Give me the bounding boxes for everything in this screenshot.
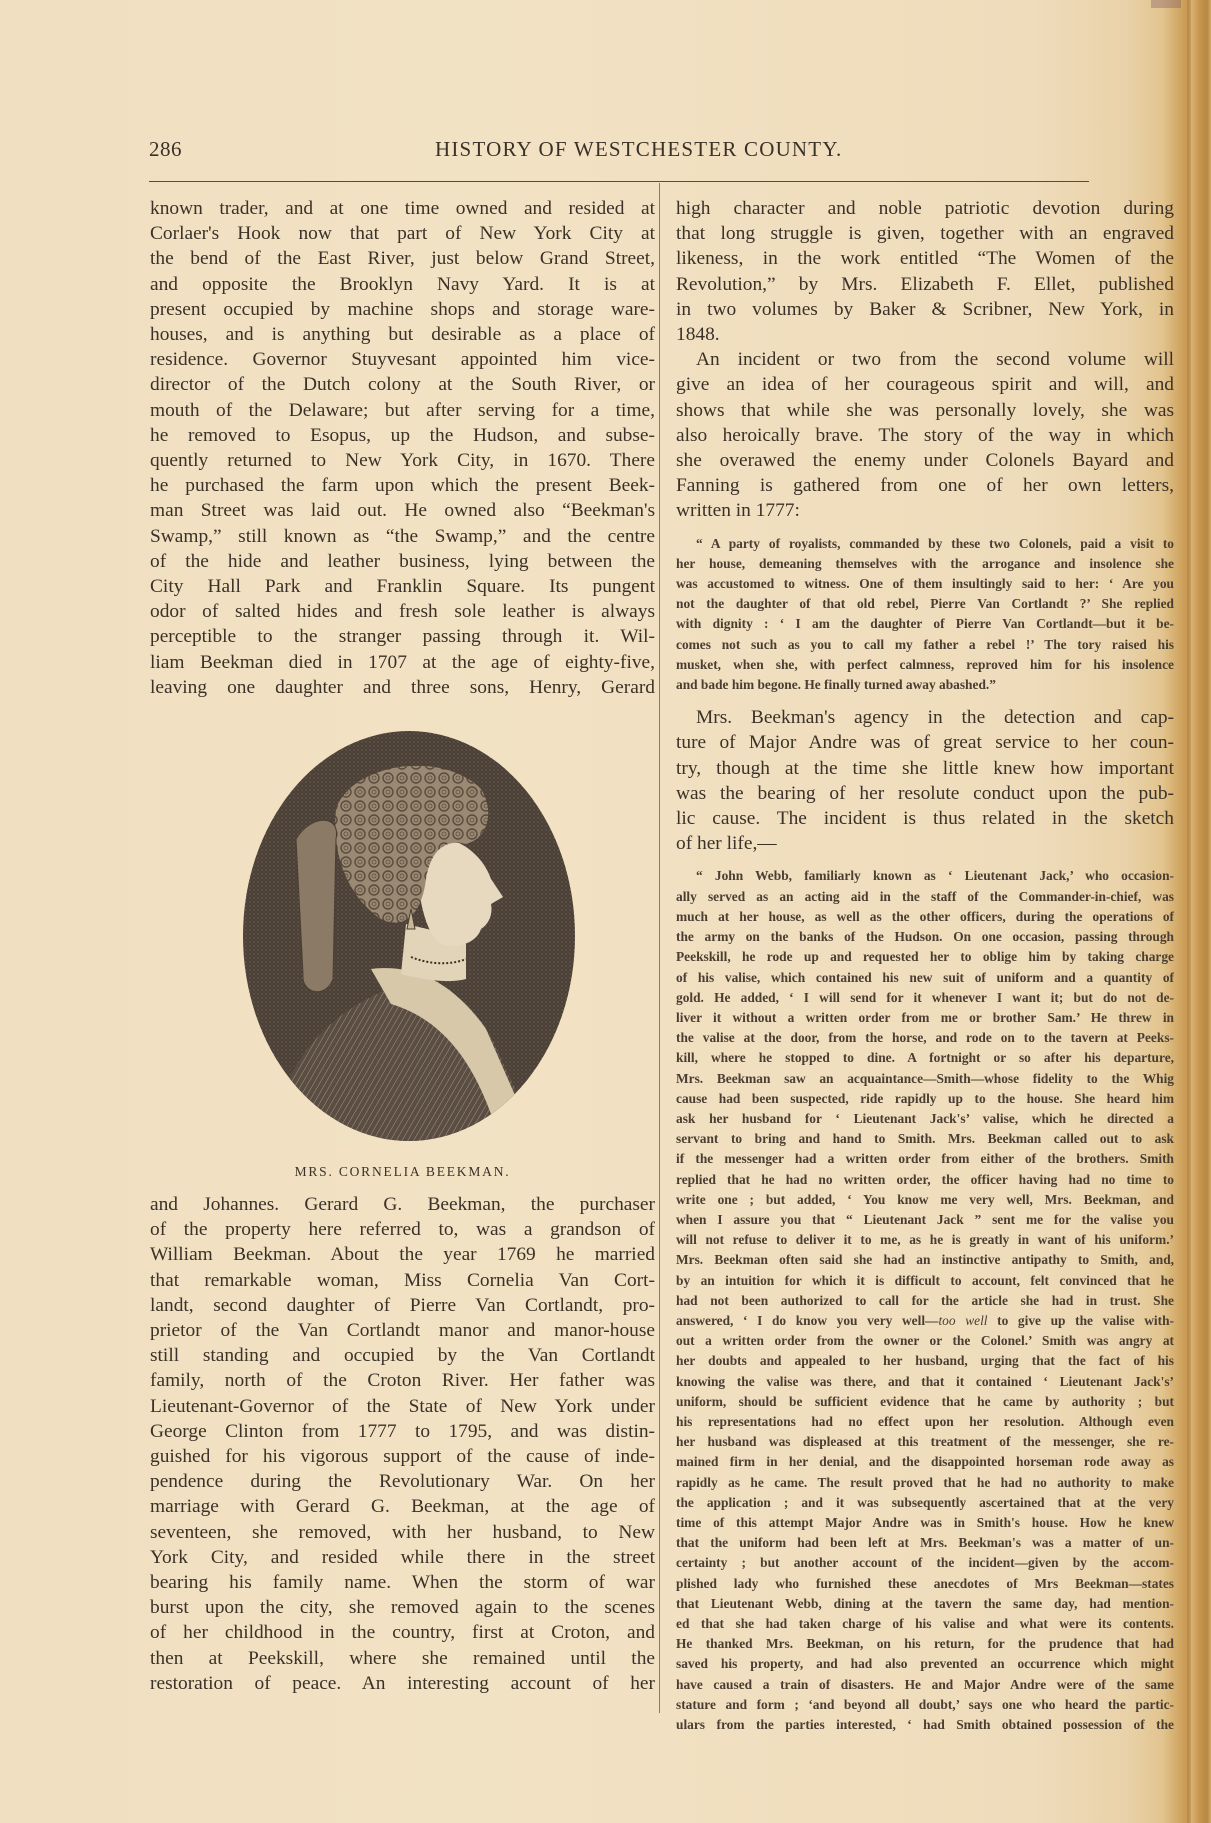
text-line: ulars from the parties interested, ‘ had…	[676, 1715, 1174, 1735]
text-line: when I assure you that “ Lieutenant Jack…	[676, 1210, 1174, 1230]
text-line: stature and form ; ‘and beyond all doubt…	[676, 1695, 1174, 1715]
text-line: Peekskill, he rode up and requested her …	[676, 947, 1174, 967]
text-line: uniform, should be sufficient evidence t…	[676, 1392, 1174, 1412]
text-line: Revolution,” by Mrs. Elizabeth F. Ellet,…	[676, 272, 1174, 297]
text-line: An incident or two from the second volum…	[676, 347, 1174, 372]
text-line: answered, ‘ I do know you very well—too …	[676, 1311, 1174, 1331]
text-line: still standing and occupied by the Van C…	[150, 1343, 655, 1368]
text-line: Mrs. Beekman often said she had an insti…	[676, 1250, 1174, 1270]
text-line: liver it without a written order from me…	[676, 1008, 1174, 1028]
text-line: with dignity : ‘ I am the daughter of Pi…	[676, 614, 1174, 634]
text-line: shows that while she was personally love…	[676, 398, 1174, 423]
text-line: in two volumes by Baker & Scribner, New …	[676, 297, 1174, 322]
text-line: musket, when she, with perfect calmness,…	[676, 655, 1174, 675]
page-header: 286 HISTORY OF WESTCHESTER COUNTY.	[149, 137, 1091, 167]
text-line: much at her house, as well as the other …	[676, 907, 1174, 927]
portrait-engraving	[241, 729, 577, 1144]
text-line: gold. He added, ‘ I will send for it whe…	[676, 988, 1174, 1008]
text-line: servant to bring and hand to Smith. Mrs.…	[676, 1129, 1174, 1149]
text-line: ally served as an acting aid in the staf…	[676, 887, 1174, 907]
text-line: family, north of the Croton River. Her f…	[150, 1368, 655, 1393]
page-edge	[1191, 0, 1211, 1823]
text-line: replied that he had no written order, th…	[676, 1170, 1174, 1190]
text-line: not the daughter of that old rebel, Pier…	[676, 594, 1174, 614]
text-line: marriage with Gerard G. Beekman, at the …	[150, 1494, 655, 1519]
text-line: and bade him begone. He finally turned a…	[676, 675, 1174, 695]
block-quote-royalists: “ A party of royalists, commanded by the…	[676, 534, 1174, 696]
text-line: Corlaer's Hook now that part of New York…	[150, 221, 655, 246]
text-line: his representations had no effect upon h…	[676, 1412, 1174, 1432]
text-line: mouth of the Delaware; but after serving…	[150, 398, 655, 423]
paragraph-ellet-reference: high character and noble patriotic devot…	[676, 196, 1174, 347]
text-line: kill, where he stopped to dine. A fortni…	[676, 1048, 1174, 1068]
text-line: knowing the valise was there, and that i…	[676, 1372, 1174, 1392]
text-line: Lieutenant-Governor of the State of New …	[150, 1394, 655, 1419]
text-line: the army on the banks of the Hudson. On …	[676, 927, 1174, 947]
text-line: then at Peekskill, where she remained un…	[150, 1646, 655, 1671]
left-column-bottom: and Johannes. Gerard G. Beekman, the pur…	[150, 1192, 655, 1696]
text-line: William Beekman. About the year 1769 he …	[150, 1242, 655, 1267]
text-line: burst upon the city, she removed again t…	[150, 1595, 655, 1620]
text-line: time of this attempt Major Andre was in …	[676, 1513, 1174, 1533]
text-line: written in 1777:	[676, 498, 1174, 523]
text-line: if the messenger had a written order fro…	[676, 1149, 1174, 1169]
text-line: had not been authorized to call for the …	[676, 1291, 1174, 1311]
text-line: seventeen, she removed, with her husband…	[150, 1520, 655, 1545]
text-line: quently returned to New York City, in 16…	[150, 448, 655, 473]
page-stain	[1151, 0, 1181, 8]
text-line: the bend of the East River, just below G…	[150, 246, 655, 271]
text-line: she overawed the enemy under Colonels Ba…	[676, 448, 1174, 473]
text-line: mained firm in her denial, and the disap…	[676, 1452, 1174, 1472]
text-line: and Johannes. Gerard G. Beekman, the pur…	[150, 1192, 655, 1217]
text-line: present occupied by machine shops and st…	[150, 297, 655, 322]
text-line: liam Beekman died in 1707 at the age of …	[150, 650, 655, 675]
text-line: houses, and is anything but desirable as…	[150, 322, 655, 347]
text-line: plished lady who furnished these anecdot…	[676, 1574, 1174, 1594]
text-line: he purchased the farm upon which the pre…	[150, 473, 655, 498]
text-line: rapidly as he came. The result proved th…	[676, 1473, 1174, 1493]
text-line: the valise at the door, from the horse, …	[676, 1028, 1174, 1048]
text-line: known trader, and at one time owned and …	[150, 196, 655, 221]
text-line: was accustomed to witness. One of them i…	[676, 574, 1174, 594]
text-line: certainty ; but another account of the i…	[676, 1553, 1174, 1573]
portrait-image	[241, 729, 577, 1144]
text-line: ed that she had taken charge of his vali…	[676, 1614, 1174, 1634]
text-line: 1848.	[676, 322, 1174, 347]
paragraph-incident-intro: An incident or two from the second volum…	[676, 347, 1174, 523]
text-line: saved his property, and had also prevent…	[676, 1654, 1174, 1674]
text-line: and opposite the Brooklyn Navy Yard. It …	[150, 272, 655, 297]
page-number: 286	[149, 137, 182, 162]
text-line: that long struggle is given, together wi…	[676, 221, 1174, 246]
text-line: He thanked Mrs. Beekman, on his return, …	[676, 1634, 1174, 1654]
running-head: HISTORY OF WESTCHESTER COUNTY.	[435, 137, 842, 162]
text-line: of his valise, which contained his new s…	[676, 968, 1174, 988]
text-line: by an intuition for which it is difficul…	[676, 1271, 1174, 1291]
text-line: that remarkable woman, Miss Cornelia Van…	[150, 1268, 655, 1293]
text-line: he removed to Esopus, up the Hudson, and…	[150, 423, 655, 448]
text-line: City Hall Park and Franklin Square. Its …	[150, 574, 655, 599]
text-line: that Lieutenant Webb, dining at the tave…	[676, 1594, 1174, 1614]
text-line: give an idea of her courageous spirit an…	[676, 372, 1174, 397]
text-line: her husband was displeased at this treat…	[676, 1432, 1174, 1452]
text-line: have caused a train of disasters. He and…	[676, 1675, 1174, 1695]
text-line: Mrs. Beekman's agency in the detection a…	[676, 705, 1174, 730]
portrait-caption: MRS. CORNELIA BEEKMAN.	[150, 1164, 655, 1180]
text-line: York City, and resided while there in th…	[150, 1545, 655, 1570]
text-line: high character and noble patriotic devot…	[676, 196, 1174, 221]
text-line: the application ; and it was subsequentl…	[676, 1493, 1174, 1513]
text-line: leaving one daughter and three sons, Hen…	[150, 675, 655, 700]
page-edge-shadow	[1187, 0, 1189, 1823]
text-line: “ A party of royalists, commanded by the…	[676, 534, 1174, 554]
text-line: guished for his vigorous support of the …	[150, 1444, 655, 1469]
text-line: “ John Webb, familiarly known as ‘ Lieut…	[676, 866, 1174, 886]
text-line: bearing his family name. When the storm …	[150, 1570, 655, 1595]
text-line: comes not such as you to call my father …	[676, 635, 1174, 655]
text-line: will not refuse to deliver it to me, as …	[676, 1230, 1174, 1250]
text-line: was the bearing of her resolute conduct …	[676, 781, 1174, 806]
text-line: director of the Dutch colony at the Sout…	[150, 372, 655, 397]
left-column-top: known trader, and at one time owned and …	[150, 196, 655, 700]
text-line: of the hide and leather business, lying …	[150, 549, 655, 574]
text-line: pendence during the Revolutionary War. O…	[150, 1469, 655, 1494]
column-divider	[659, 183, 660, 1713]
paragraph-andre-capture: Mrs. Beekman's agency in the detection a…	[676, 705, 1174, 856]
text-line: odor of salted hides and fresh sole leat…	[150, 599, 655, 624]
text-line: likeness, in the work entitled “The Wome…	[676, 246, 1174, 271]
text-line: her house, demeaning themselves with the…	[676, 554, 1174, 574]
text-line: her doubts and appealed to her husband, …	[676, 1351, 1174, 1371]
text-line: ture of Major Andre was of great service…	[676, 730, 1174, 755]
text-line: Swamp,” still known as “the Swamp,” and …	[150, 524, 655, 549]
text-line: restoration of peace. An interesting acc…	[150, 1671, 655, 1696]
text-line: Fanning is gathered from one of her own …	[676, 473, 1174, 498]
text-line: of her life,—	[676, 831, 1174, 856]
text-line: perceptible to the stranger passing thro…	[150, 624, 655, 649]
text-line: write one ; but added, ‘ You know me ver…	[676, 1190, 1174, 1210]
block-quote-john-webb: “ John Webb, familiarly known as ‘ Lieut…	[676, 866, 1174, 1735]
text-line: man Street was laid out. He owned also “…	[150, 498, 655, 523]
text-line: ask her husband for ‘ Lieutenant Jack's’…	[676, 1109, 1174, 1129]
header-rule	[149, 181, 1089, 182]
text-line: try, though at the time she little knew …	[676, 756, 1174, 781]
text-line: landt, second daughter of Pierre Van Cor…	[150, 1293, 655, 1318]
text-line: that the uniform had been left at Mrs. B…	[676, 1533, 1174, 1553]
text-line: residence. Governor Stuyvesant appointed…	[150, 347, 655, 372]
text-line: Mrs. Beekman saw an acquaintance—Smith—w…	[676, 1069, 1174, 1089]
text-line: prietor of the Van Cortlandt manor and m…	[150, 1318, 655, 1343]
right-column: high character and noble patriotic devot…	[676, 196, 1174, 1735]
text-line: also heroically brave. The story of the …	[676, 423, 1174, 448]
text-line: George Clinton from 1777 to 1795, and wa…	[150, 1419, 655, 1444]
text-fragment: to give up the valise with-	[988, 1313, 1174, 1328]
text-line: cause had been suspected, ride rapidly u…	[676, 1089, 1174, 1109]
text-line: of her childhood in the country, first a…	[150, 1620, 655, 1645]
text-line: lic cause. The incident is thus related …	[676, 806, 1174, 831]
italic-emphasis: too well	[938, 1313, 987, 1328]
text-line: out a written order from the owner or th…	[676, 1331, 1174, 1351]
text-line: of the property here referred to, was a …	[150, 1217, 655, 1242]
